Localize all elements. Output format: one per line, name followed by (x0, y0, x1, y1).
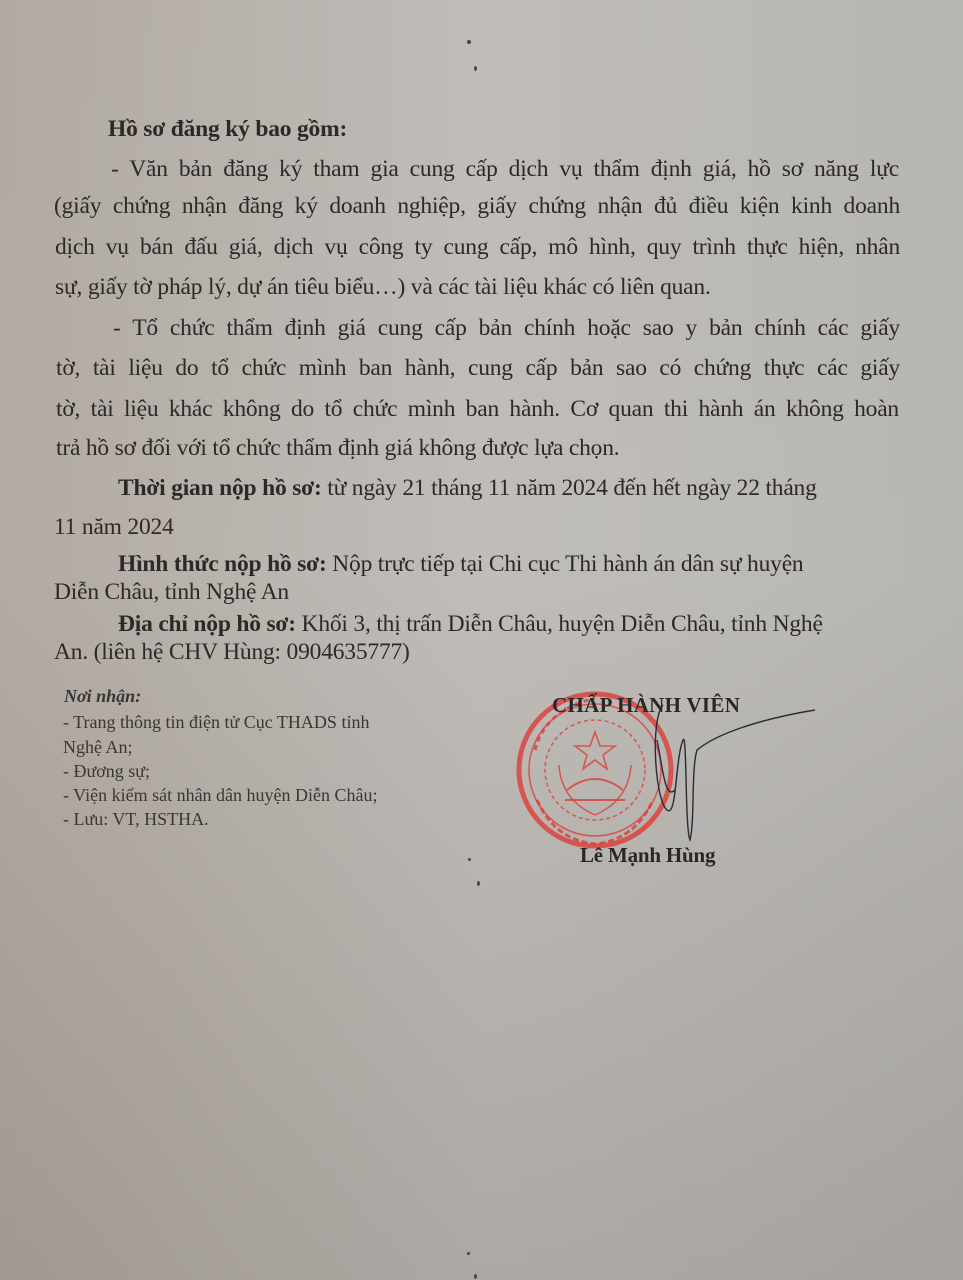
submission-method-label: Hình thức nộp hồ sơ: (118, 551, 327, 577)
para2-line: tờ, tài liệu khác không do tổ chức mình … (56, 394, 899, 424)
paper-speck (474, 66, 477, 71)
para2-line: - Tổ chức thẩm định giá cung cấp bản chí… (113, 313, 900, 343)
para1-line: - Văn bản đăng ký tham gia cung cấp dịch… (111, 154, 899, 184)
submission-address-value: Khối 3, thị trấn Diễn Châu, huyện Diễn C… (296, 611, 823, 637)
para1-line: dịch vụ bán đấu giá, dịch vụ công ty cun… (55, 232, 900, 262)
para2-line: trả hồ sơ đối với tổ chức thẩm định giá … (56, 433, 619, 463)
para2-line: tờ, tài liệu do tổ chức mình ban hành, c… (56, 353, 900, 383)
paper-speck (468, 858, 471, 861)
section-heading: Hồ sơ đăng ký bao gồm: (108, 114, 347, 144)
paper-speck (474, 1274, 477, 1279)
para1-line: sự, giấy tờ pháp lý, dự án tiêu biểu…) v… (55, 272, 711, 302)
signature-title: CHẤP HÀNH VIÊN (552, 690, 740, 720)
recipient-item: Nghệ An; (63, 735, 133, 759)
submission-method-line: Hình thức nộp hồ sơ: Nộp trực tiếp tại C… (118, 549, 803, 579)
para1-line: (giấy chứng nhận đăng ký doanh nghiệp, g… (54, 191, 900, 221)
recipient-item: - Đương sự; (63, 759, 150, 783)
submission-method-line2: Diễn Châu, tỉnh Nghệ An (54, 577, 289, 607)
paper-speck (467, 1252, 470, 1255)
paper-speck (467, 40, 471, 44)
submission-time-line2: 11 năm 2024 (54, 512, 174, 542)
submission-time-label: Thời gian nộp hồ sơ: (118, 475, 322, 501)
recipient-item: - Trang thông tin điện tử Cục THADS tỉnh (63, 710, 369, 734)
recipient-item: - Lưu: VT, HSTHA. (63, 807, 209, 831)
submission-time-line: Thời gian nộp hồ sơ: từ ngày 21 tháng 11… (118, 473, 817, 503)
submission-address-line: Địa chỉ nộp hồ sơ: Khối 3, thị trấn Diễn… (118, 609, 823, 639)
submission-method-value: Nộp trực tiếp tại Chi cục Thi hành án dâ… (327, 551, 804, 577)
paper-speck (477, 881, 480, 886)
submission-time-value: từ ngày 21 tháng 11 năm 2024 đến hết ngà… (322, 475, 817, 501)
signer-name: Lê Mạnh Hùng (580, 840, 715, 870)
recipients-title: Nơi nhận: (64, 684, 141, 708)
submission-address-label: Địa chỉ nộp hồ sơ: (118, 611, 296, 637)
recipient-item: - Viện kiểm sát nhân dân huyện Diễn Châu… (63, 783, 378, 807)
submission-address-line2: An. (liên hệ CHV Hùng: 0904635777) (54, 637, 410, 667)
